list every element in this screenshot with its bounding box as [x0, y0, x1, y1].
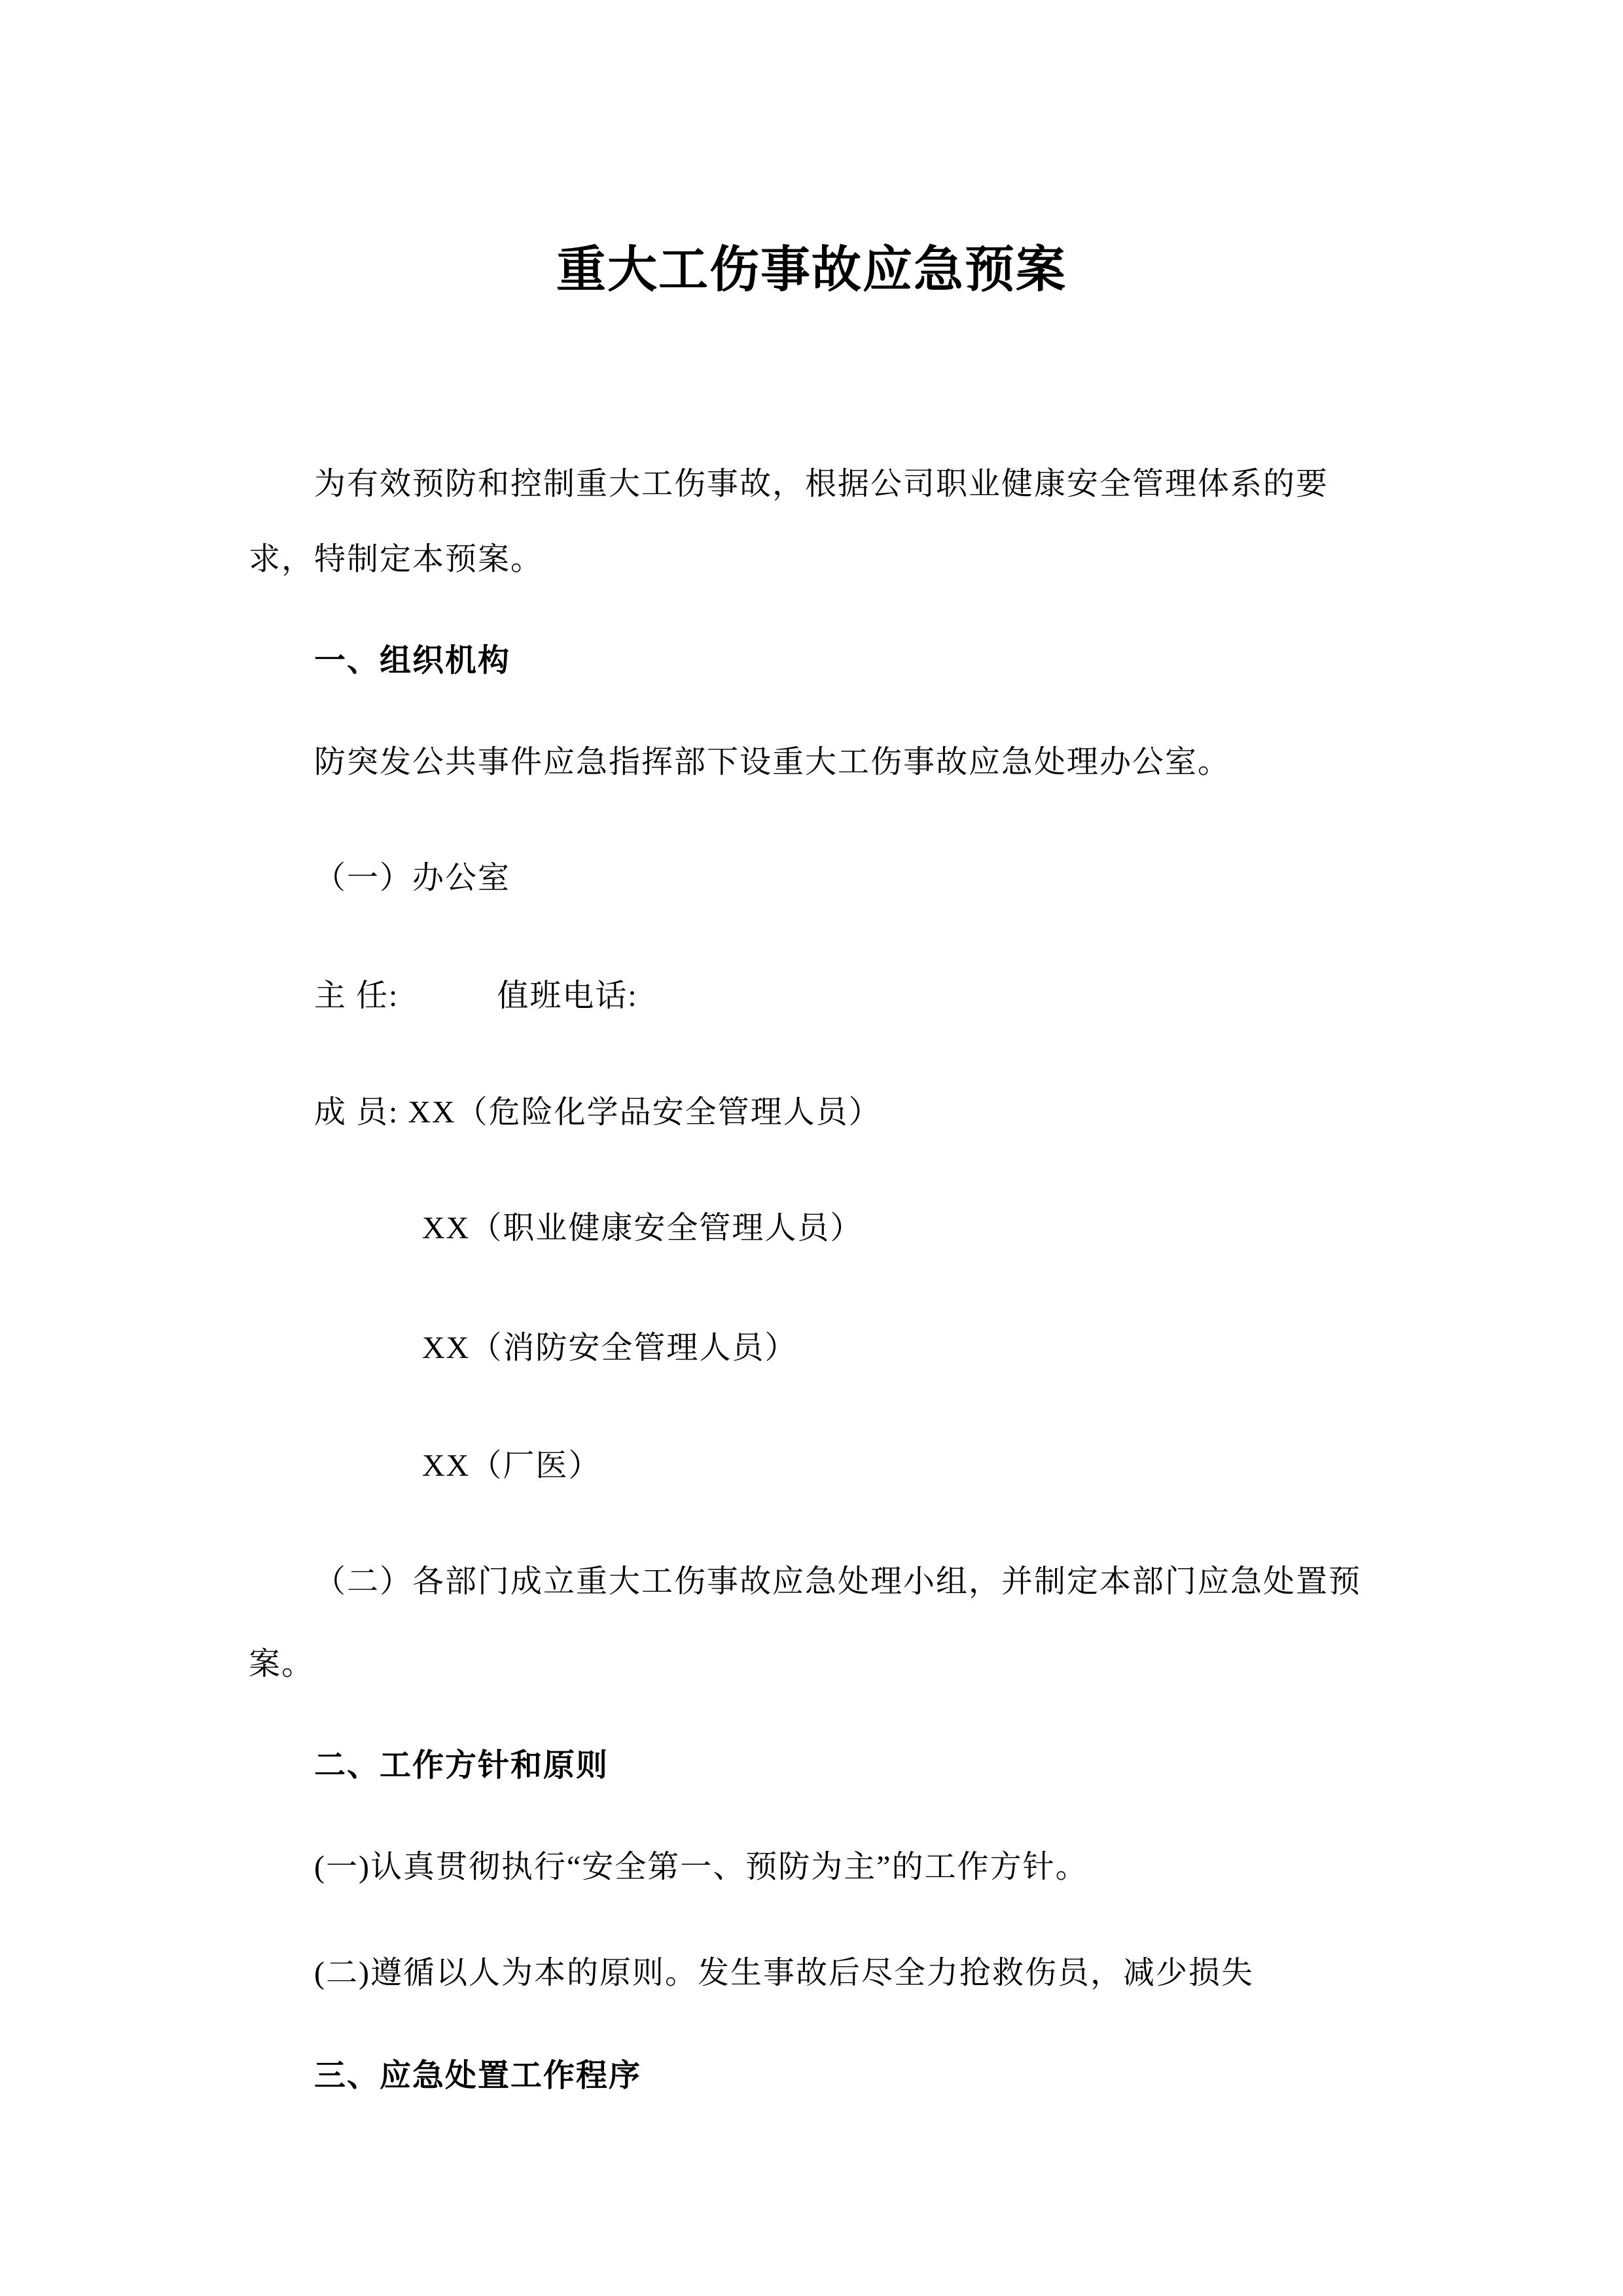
- section-2-heading: 二、工作方针和原则: [249, 1728, 1400, 1803]
- document-page: 重大工伤事故应急预案 为有效预防和控制重大工伤事故，根据公司职业健康安全管理体系…: [0, 0, 1623, 2296]
- section-2-item-1: (一)认真贯彻执行“安全第一、预防为主”的工作方针。: [249, 1829, 1400, 1905]
- section-1-heading: 一、组织机构: [249, 623, 1400, 698]
- section-1-body: 防突发公共事件应急指挥部下设重大工伤事故应急处理办公室。: [249, 725, 1400, 800]
- intro-paragraph-line-1: 为有效预防和控制重大工伤事故，根据公司职业健康安全管理体系的要: [249, 446, 1400, 522]
- members-line-4: XX（厂医）: [249, 1428, 1574, 1503]
- director-and-duty-phone-line: 主 任: 值班电话:: [249, 958, 1400, 1033]
- section-3-heading: 三、应急处置工作程序: [249, 2038, 1400, 2113]
- department-paragraph-line-1: （二）各部门成立重大工伤事故应急处理小组，并制定本部门应急处置预: [249, 1544, 1400, 1619]
- section-2-item-2: (二)遵循以人为本的原则。发生事故后尽全力抢救伤员，减少损失: [249, 1935, 1400, 2011]
- members-line-1: 成 员: XX（危险化学品安全管理人员）: [249, 1075, 1400, 1150]
- document-title: 重大工伤事故应急预案: [0, 233, 1623, 308]
- intro-paragraph-line-2: 求，特制定本预案。: [249, 522, 1400, 597]
- office-subheading: （一）办公室: [249, 840, 1400, 916]
- members-line-3: XX（消防安全管理人员）: [249, 1310, 1574, 1386]
- department-paragraph-line-2: 案。: [249, 1626, 1400, 1702]
- members-line-2: XX（职业健康安全管理人员）: [249, 1191, 1574, 1266]
